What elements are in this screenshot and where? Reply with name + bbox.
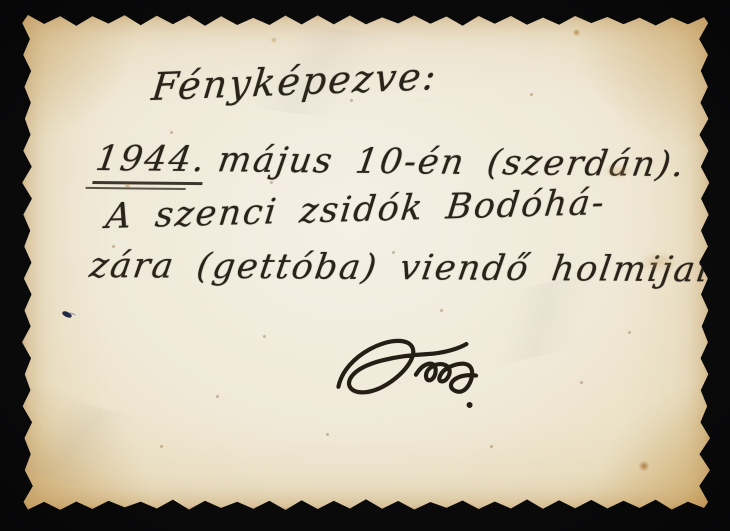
fox-spot [580, 381, 583, 384]
paper-watermark-ghost [20, 393, 146, 497]
fox-spot [270, 181, 273, 184]
fox-spot [160, 445, 163, 448]
fox-spot [263, 335, 266, 338]
photo-card: Fényképezve: 1944.május 10-én (szerdán).… [20, 13, 712, 512]
blue-ink-blot [61, 310, 72, 319]
fox-spot [628, 331, 631, 334]
age-stain [572, 29, 581, 36]
fox-spot [490, 445, 493, 448]
fox-spot [170, 131, 173, 134]
fox-spot [326, 433, 329, 436]
fox-spot [440, 309, 443, 312]
fox-spot [530, 93, 533, 96]
note-line-1: Fényképezve: [150, 54, 440, 109]
fox-spot [392, 251, 395, 254]
note-line-4: zára (gettóba) viendő holmijai. [87, 246, 726, 290]
fox-spot [350, 99, 353, 102]
note-line-2: 1944.május 10-én (szerdán). [93, 139, 689, 185]
age-stain [638, 461, 650, 471]
note-line-2-rest: május 10-én (szerdán). [215, 140, 688, 185]
fox-spot [112, 245, 115, 248]
note-line-3: A szenci zsidók Bodóhá- [104, 183, 608, 237]
scan-background: Fényképezve: 1944.május 10-én (szerdán).… [0, 0, 730, 531]
signature-flourish-icon [306, 324, 516, 430]
age-stain [270, 37, 278, 43]
fox-spot [216, 395, 219, 398]
underlined-year: 1944. [92, 139, 209, 185]
